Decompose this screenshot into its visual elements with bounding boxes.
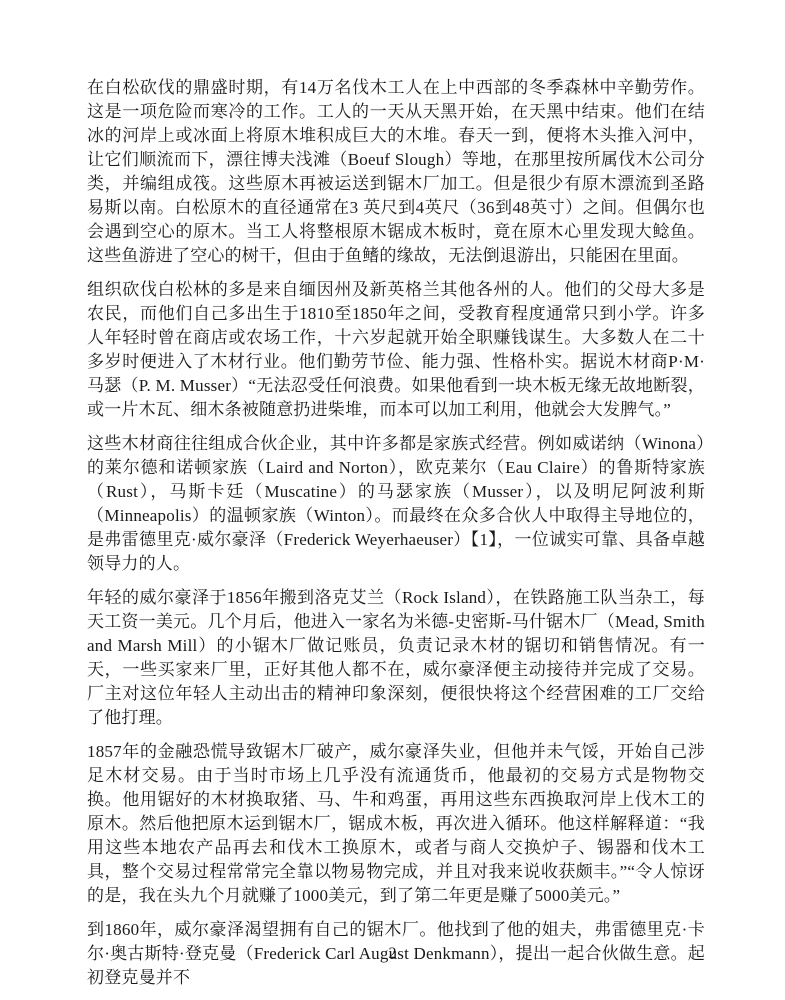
paragraph-4: 年轻的威尔豪泽于1856年搬到洛克艾兰（Rock Island），在铁路施工队当… (87, 586, 705, 730)
paragraph-2: 组织砍伐白松林的多是来自缅因州及新英格兰其他各州的人。他们的父母大多是农民，而他… (87, 278, 705, 422)
text-block: 在白松砍伐的鼎盛时期，有14万名伐木工人在上中西部的冬季森林中辛勤劳作。这是一项… (87, 76, 705, 1000)
paragraph-1: 在白松砍伐的鼎盛时期，有14万名伐木工人在上中西部的冬季森林中辛勤劳作。这是一项… (87, 76, 705, 268)
page-number: 2 (0, 944, 785, 964)
paragraph-5: 1857年的金融恐慌导致锯木厂破产，威尔豪泽失业，但他并未气馁，开始自己涉足木材… (87, 740, 705, 908)
document-page: 在白松砍伐的鼎盛时期，有14万名伐木工人在上中西部的冬季森林中辛勤劳作。这是一项… (0, 0, 785, 1000)
paragraph-3: 这些木材商往往组成合伙企业，其中许多都是家族式经营。例如威诺纳（Winona）的… (87, 432, 705, 576)
